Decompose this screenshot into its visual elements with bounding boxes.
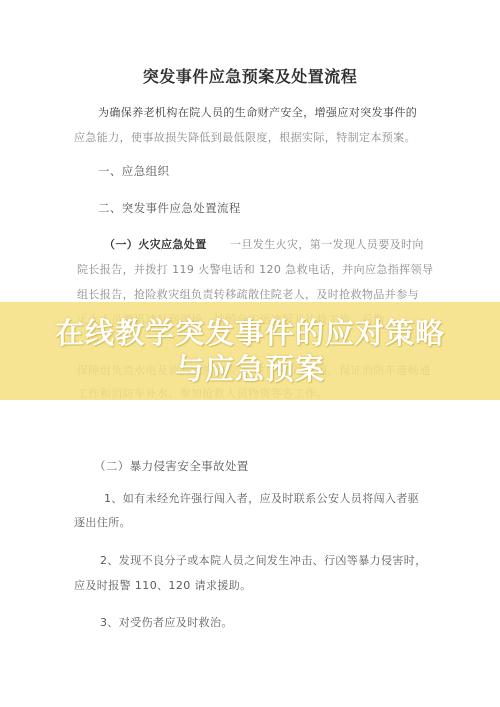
violence-item-2: 2、发现不良分子或本院人员之间发生冲击、行凶等暴力侵害时，	[100, 552, 427, 568]
banner-title-line-1: 在线教学突发事件的应对策略	[0, 314, 500, 352]
section-heading-process: 二、突发事件应急处置流程	[98, 200, 241, 216]
violence-item-3: 3、对受伤者应及时救治。	[100, 614, 233, 630]
fire-line-1: 一旦发生火灾，第一发现人员要及时向	[230, 236, 424, 252]
document-page: 突发事件应急预案及处置流程 为确保养老机构在院人员的生命财产安全，增强应对突发事…	[0, 0, 500, 707]
banner-title-line-2: 与应急预案	[0, 350, 500, 388]
section-heading-organization: 一、应急组织	[98, 163, 169, 179]
intro-line-1: 为确保养老机构在院人员的生命财产安全，增强应对突发事件的	[98, 104, 417, 120]
intro-line-2: 应急能力，使事故损失降低到最低限度，根据实际，特制定本预案。	[74, 129, 416, 145]
violence-item-1-cont: 逐出住所。	[74, 514, 131, 530]
document-title: 突发事件应急预案及处置流程	[0, 64, 500, 87]
violence-item-1: 1、如有未经允许强行闯入者，应及时联系公安人员将闯入者驱	[104, 490, 419, 506]
fire-line-2: 院长报告，并拨打 119 火警电话和 120 急救电话，并向应急指挥领导	[77, 261, 433, 277]
fire-heading: （一）火灾应急处置	[104, 236, 207, 252]
title-banner: 在线教学突发事件的应对策略 与应急预案	[0, 302, 500, 400]
violence-item-2-cont: 应及时报警 110、120 请求援助。	[74, 577, 252, 593]
fire-line-3: 组长报告，抢险救灾组负责转移疏散住院老人，及时抢救物品并参与	[77, 286, 419, 302]
violence-heading: （二）暴力侵害安全事故处置	[94, 458, 249, 474]
